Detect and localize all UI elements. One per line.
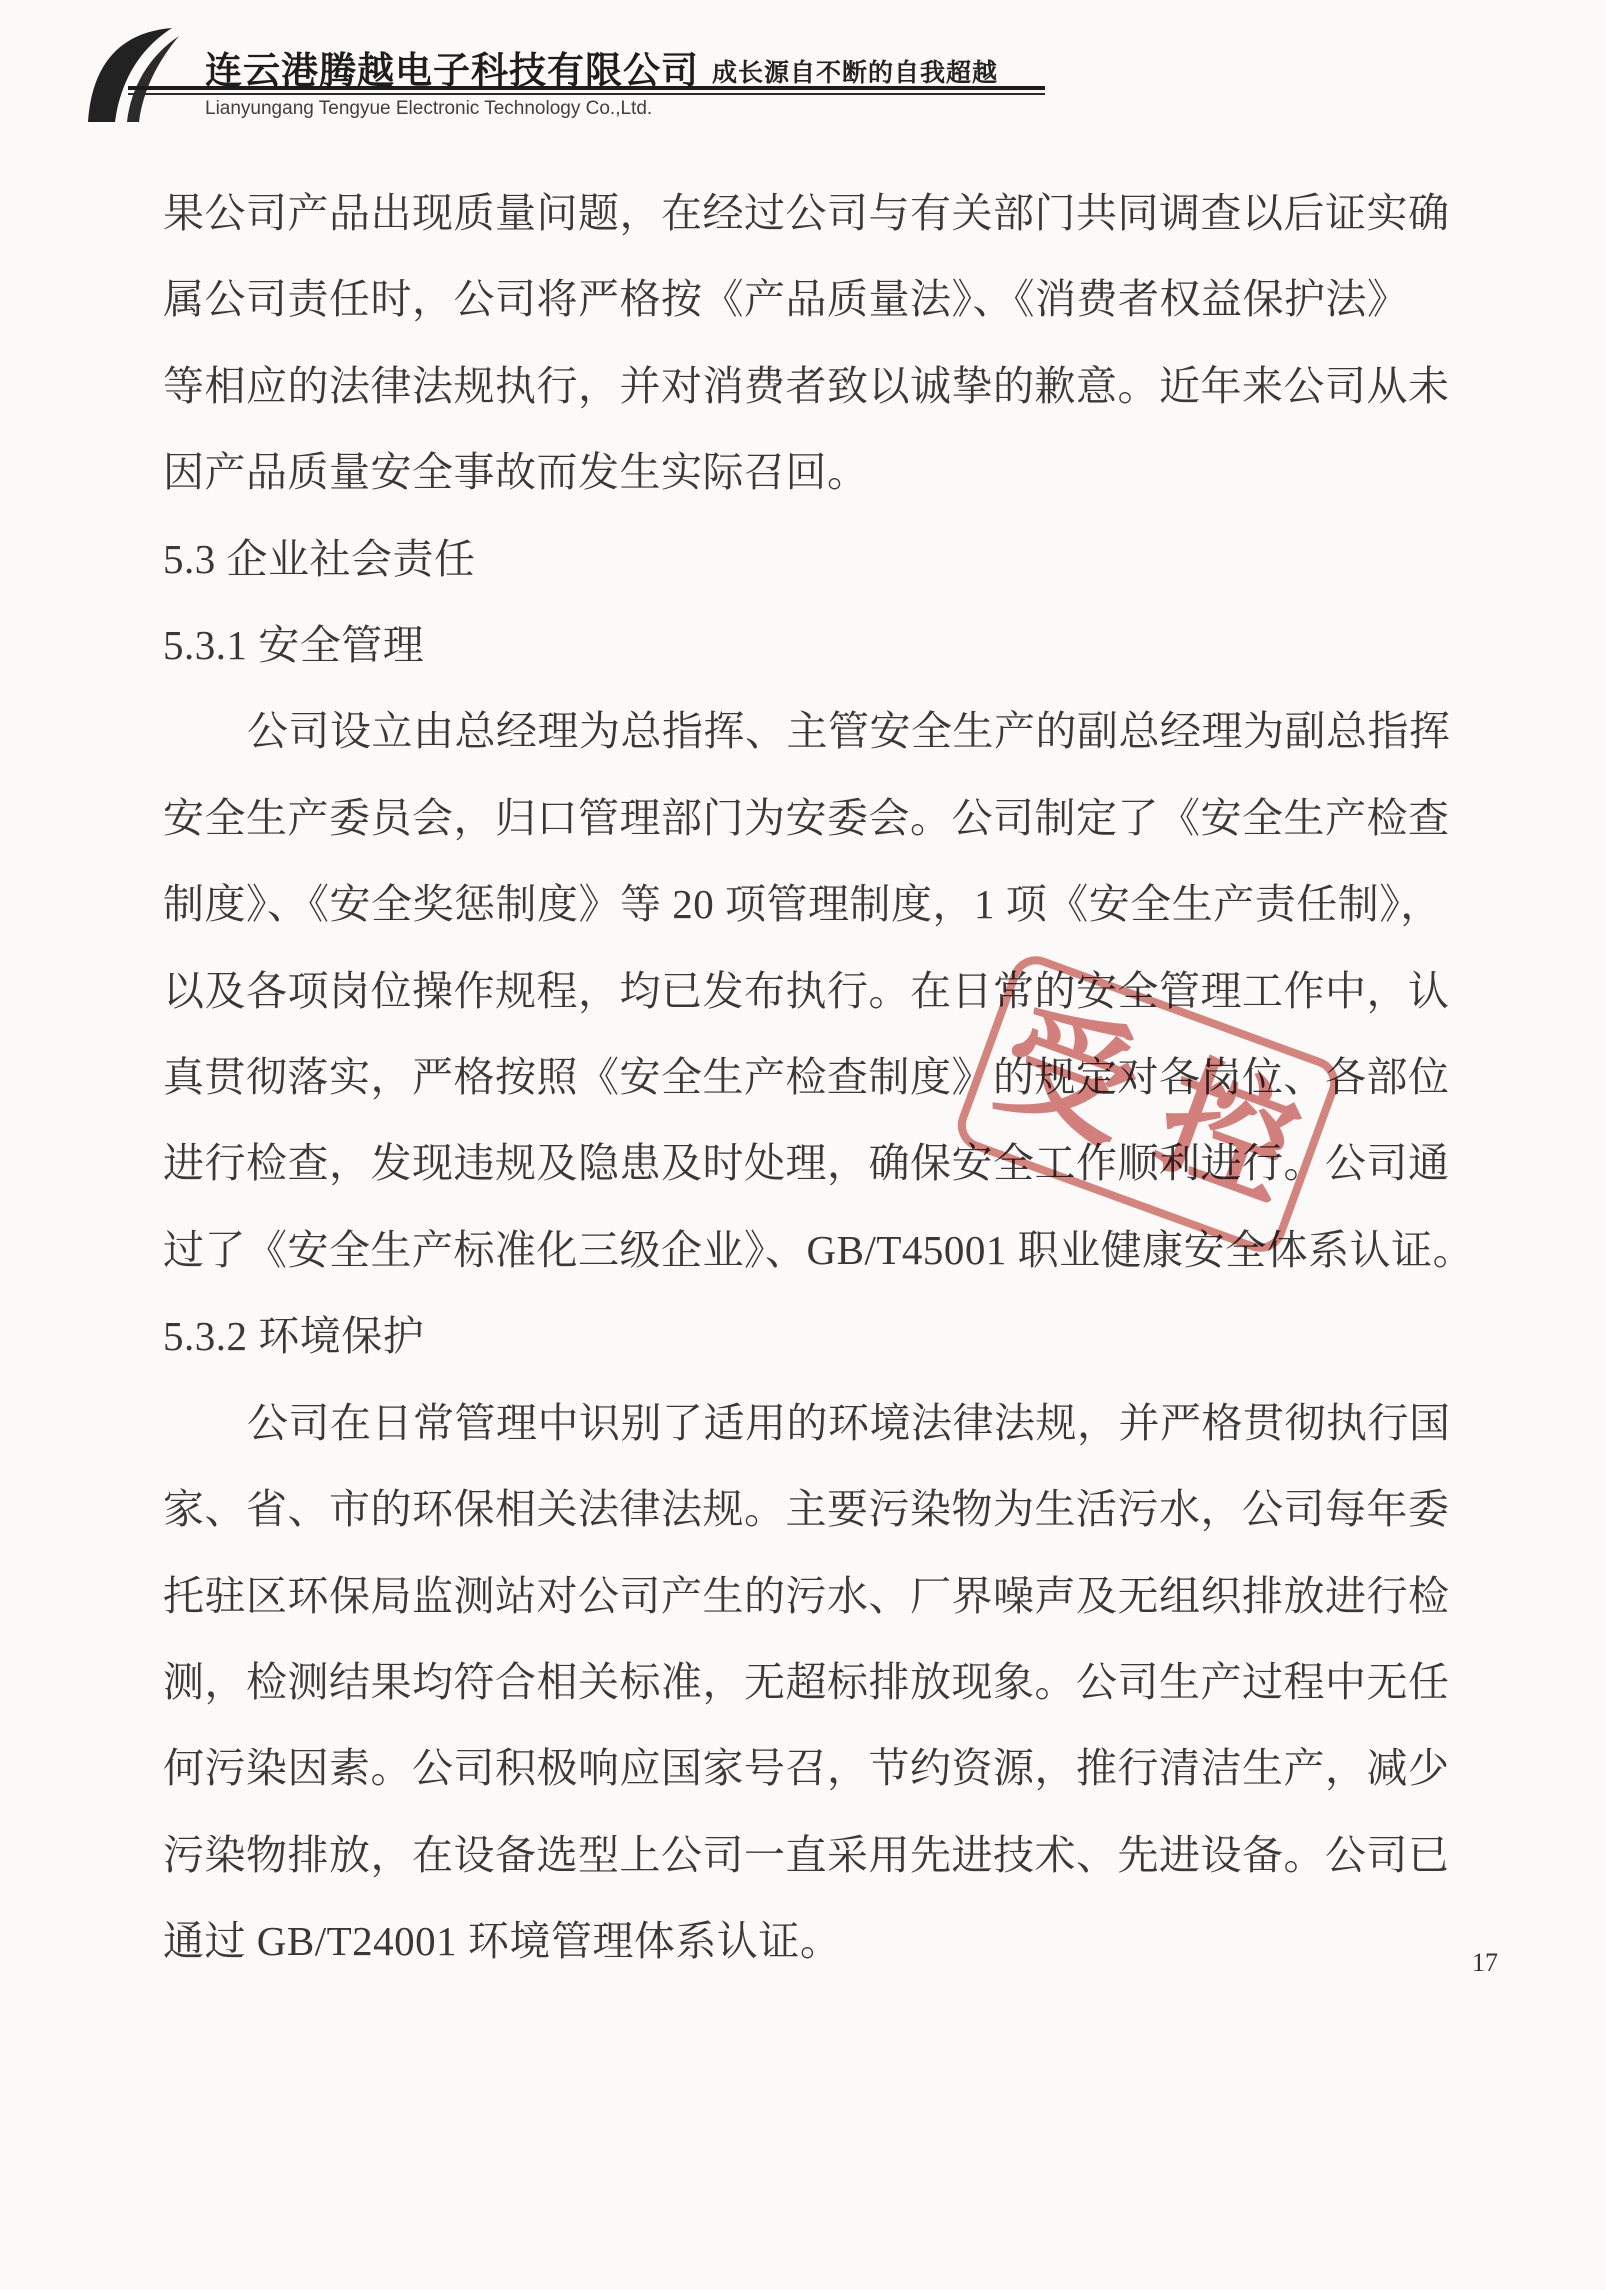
text-line: 属公司责任时，公司将严格按《产品质量法》、《消费者权益保护法》	[163, 256, 1453, 342]
text-line: 何污染因素。公司积极响应国家号召，节约资源，推行清洁生产，减少	[163, 1725, 1453, 1811]
text-line: 公司在日常管理中识别了适用的环境法律法规，并严格贯彻执行国	[163, 1380, 1453, 1466]
page-header: 连云港腾越电子科技有限公司 成长源自不断的自我超越 Lianyungang Te…	[0, 0, 1606, 140]
company-swoosh-logo-icon	[74, 24, 190, 124]
company-name-en: Lianyungang Tengyue Electronic Technolog…	[205, 98, 652, 120]
text-line: 以及各项岗位操作规程，均已发布执行。在日常的安全管理工作中，认	[163, 948, 1453, 1034]
section-heading: 5.3.1 安全管理	[163, 602, 1453, 688]
text-line: 果公司产品出现质量问题，在经过公司与有关部门共同调查以后证实确	[163, 170, 1453, 256]
page-number: 17	[1472, 1948, 1498, 1978]
text-line: 托驻区环保局监测站对公司产生的污水、厂界噪声及无组织排放进行检	[163, 1553, 1453, 1639]
text-line: 污染物排放，在设备选型上公司一直采用先进技术、先进设备。公司已	[163, 1812, 1453, 1898]
text-line: 因产品质量安全事故而发生实际召回。	[163, 429, 1453, 515]
text-line: 等相应的法律法规执行，并对消费者致以诚挚的歉意。近年来公司从未	[163, 343, 1453, 429]
text-line: 公司设立由总经理为总指挥、主管安全生产的副总经理为副总指挥	[163, 688, 1453, 774]
body-text: 果公司产品出现质量问题，在经过公司与有关部门共同调查以后证实确属公司责任时，公司…	[163, 170, 1453, 1985]
header-rule-thin	[128, 93, 1045, 95]
text-line: 安全生产委员会，归口管理部门为安委会。公司制定了《安全生产检查	[163, 775, 1453, 861]
text-line: 通过 GB/T24001 环境管理体系认证。	[163, 1898, 1453, 1984]
text-line: 进行检查，发现违规及隐患及时处理，确保安全工作顺利进行。公司通	[163, 1120, 1453, 1206]
header-slogan: 成长源自不断的自我超越	[712, 53, 998, 89]
text-line: 测，检测结果均符合相关标准，无超标排放现象。公司生产过程中无任	[163, 1639, 1453, 1725]
section-heading: 5.3 企业社会责任	[163, 516, 1453, 602]
text-line: 制度》、《安全奖惩制度》等 20 项管理制度，1 项《安全生产责任制》，	[163, 861, 1453, 947]
section-heading: 5.3.2 环境保护	[163, 1293, 1453, 1379]
text-line: 过了《安全生产标准化三级企业》、GB/T45001 职业健康安全体系认证。	[163, 1207, 1453, 1293]
header-rule-thick	[128, 86, 1045, 90]
text-line: 真贯彻落实，严格按照《安全生产检查制度》的规定对各岗位、各部位	[163, 1034, 1453, 1120]
text-line: 家、省、市的环保相关法律法规。主要污染物为生活污水，公司每年委	[163, 1466, 1453, 1552]
